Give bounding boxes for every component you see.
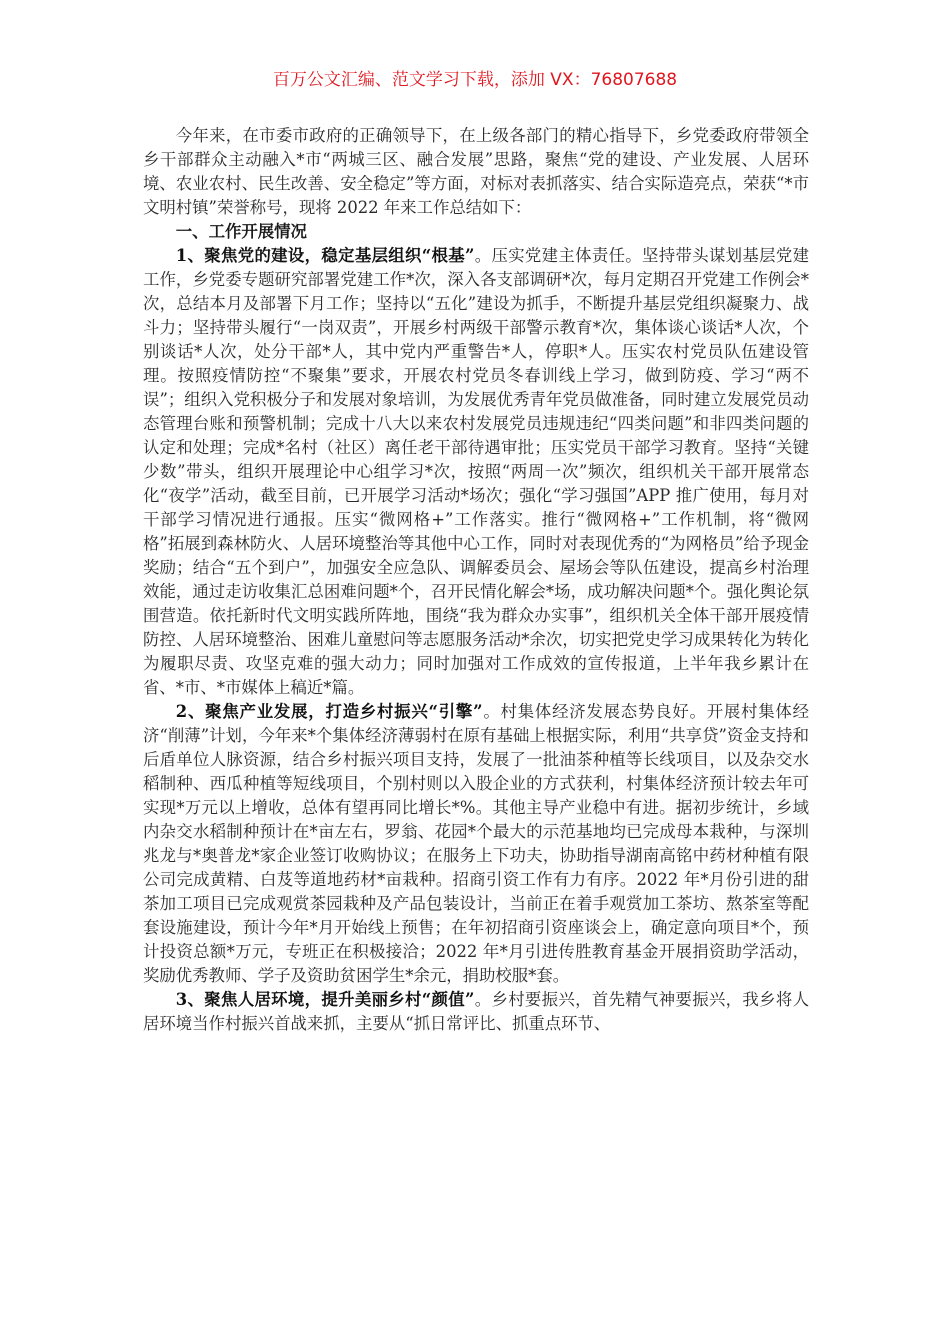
paragraph-industry: 2、聚焦产业发展，打造乡村振兴“引擎”。村集体经济发展态势良好。开展村集体经济“… <box>143 700 809 988</box>
paragraph-environment: 3、聚焦人居环境，提升美丽乡村“颜值”。乡村要振兴，首先精气神要振兴，我乡将人居… <box>143 988 809 1036</box>
paragraph-party-building: 1、聚焦党的建设，稳定基层组织“根基”。压实党建主体责任。坚持带头谋划基层党建工… <box>143 244 809 700</box>
document-body: 今年来，在市委市政府的正确领导下，在上级各部门的精心指导下，乡党委政府带领全乡干… <box>143 124 809 1036</box>
section-heading: 一、工作开展情况 <box>143 220 809 244</box>
paragraph-lead: 1、聚焦党的建设，稳定基层组织“根基” <box>176 246 475 265</box>
paragraph-text: 。压实党建主体责任。坚持带头谋划基层党建工作，乡党委专题研究部署党建工作*次，深… <box>143 246 809 697</box>
download-banner: 百万公文汇编、范文学习下载，添加 VX：76807688 <box>0 66 950 94</box>
paragraph-lead: 3、聚焦人居环境，提升美丽乡村“颜值” <box>176 990 475 1009</box>
intro-paragraph: 今年来，在市委市政府的正确领导下，在上级各部门的精心指导下，乡党委政府带领全乡干… <box>143 124 809 220</box>
paragraph-text: 。村集体经济发展态势良好。开展村集体经济“削薄”计划，今年来*个集体经济薄弱村在… <box>143 702 809 985</box>
paragraph-lead: 2、聚焦产业发展，打造乡村振兴“引擎” <box>176 702 483 721</box>
